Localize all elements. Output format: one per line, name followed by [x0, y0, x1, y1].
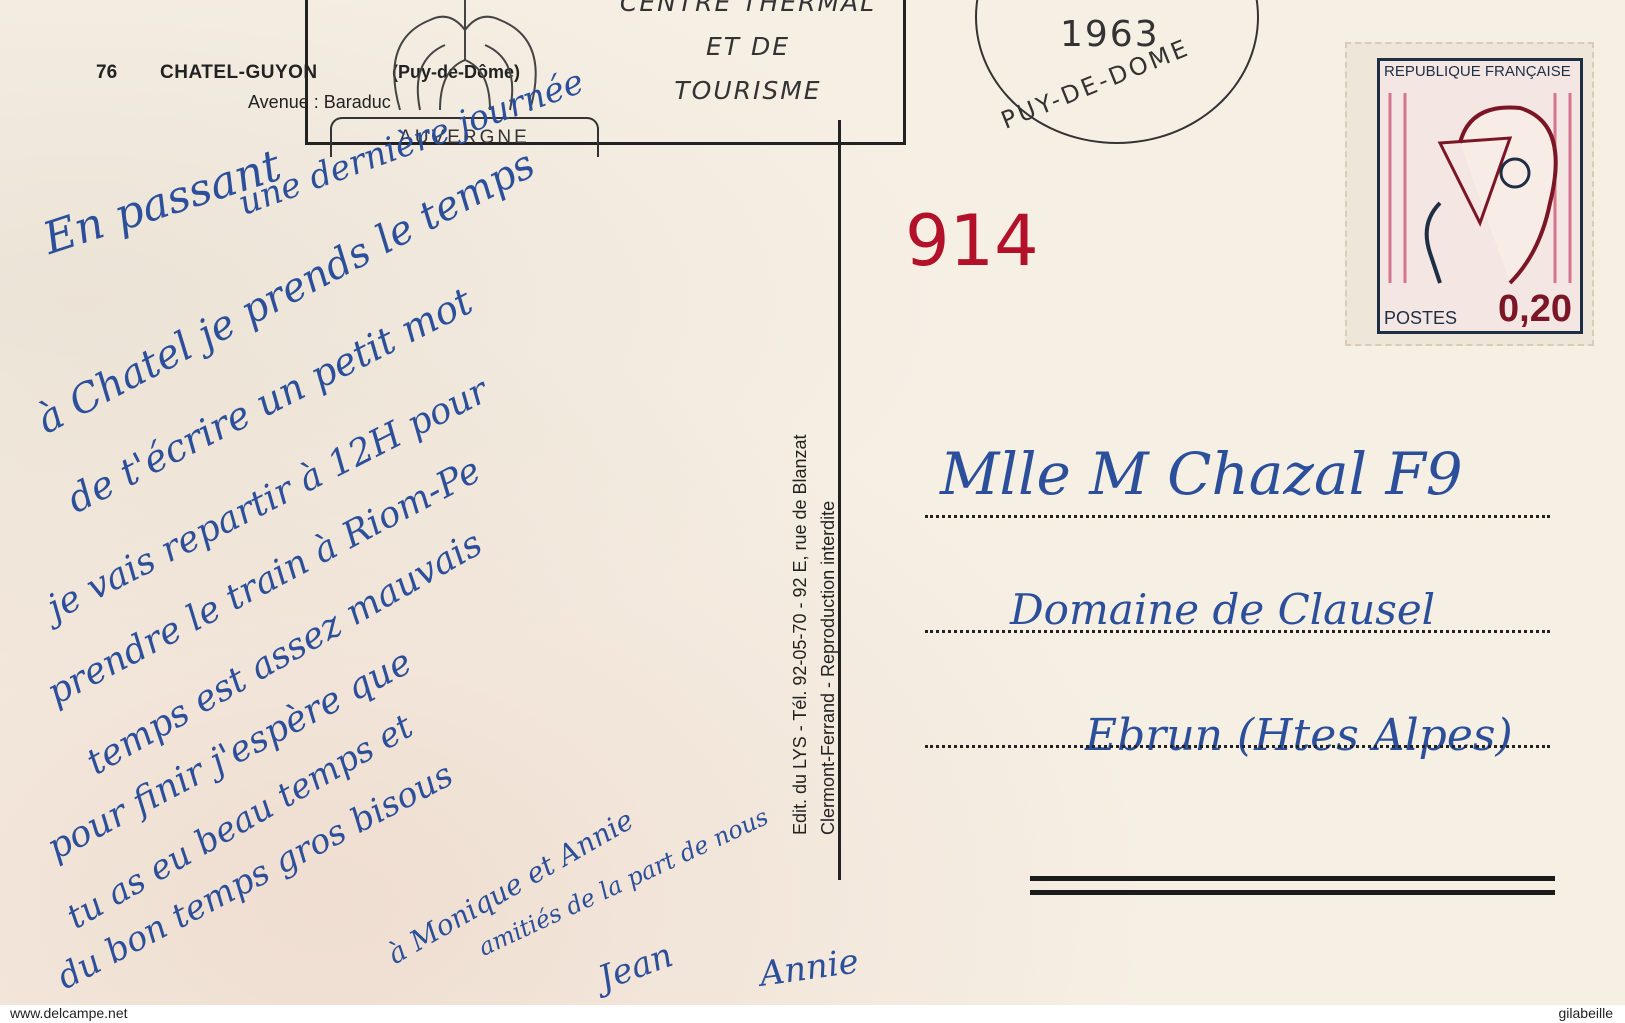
red-annotation: 914: [905, 200, 1039, 282]
address-line: Domaine de Clausel: [1010, 585, 1435, 634]
address-bar: [1030, 876, 1555, 881]
center-divider: [838, 120, 841, 880]
address-line: Mlle M Chazal F9: [940, 440, 1463, 508]
signature: Annie: [757, 941, 861, 994]
stamp-header: REPUBLIQUE FRANÇAISE: [1384, 63, 1571, 80]
watermark-user: gilabeille: [1559, 1005, 1613, 1021]
address-rule: [925, 630, 1550, 633]
flame-line1: CENTRE THERMAL: [598, 0, 898, 17]
flame-line2: ET DE: [598, 32, 898, 61]
postage-stamp: REPUBLIQUE FRANÇAISE POSTES 0,20: [1345, 42, 1594, 346]
stamp-value: 0,20: [1498, 288, 1572, 331]
address-rule: [925, 515, 1550, 518]
stamp-label: POSTES: [1384, 308, 1457, 329]
address-line: Ebrun (Htes Alpes): [1085, 710, 1513, 761]
card-town: CHATEL-GUYON: [160, 62, 318, 84]
watermark-site: www.delcampe.net: [10, 1005, 128, 1021]
postcard-back: 76 CHATEL-GUYON (Puy-de-Dôme) Avenue : B…: [0, 0, 1625, 1005]
signature: Jean: [593, 935, 678, 999]
address-rule: [925, 745, 1550, 748]
publisher-line2: Clermont-Ferrand - Reproduction interdit…: [818, 501, 839, 835]
marianne-icon: [1380, 83, 1580, 293]
address-bar: [1030, 890, 1555, 895]
flame-line3: TOURISME: [598, 76, 898, 105]
card-number: 76: [96, 62, 117, 84]
publisher-line1: Edit. du LYS - Tél. 92-05-70 - 92 E, rue…: [790, 434, 811, 835]
